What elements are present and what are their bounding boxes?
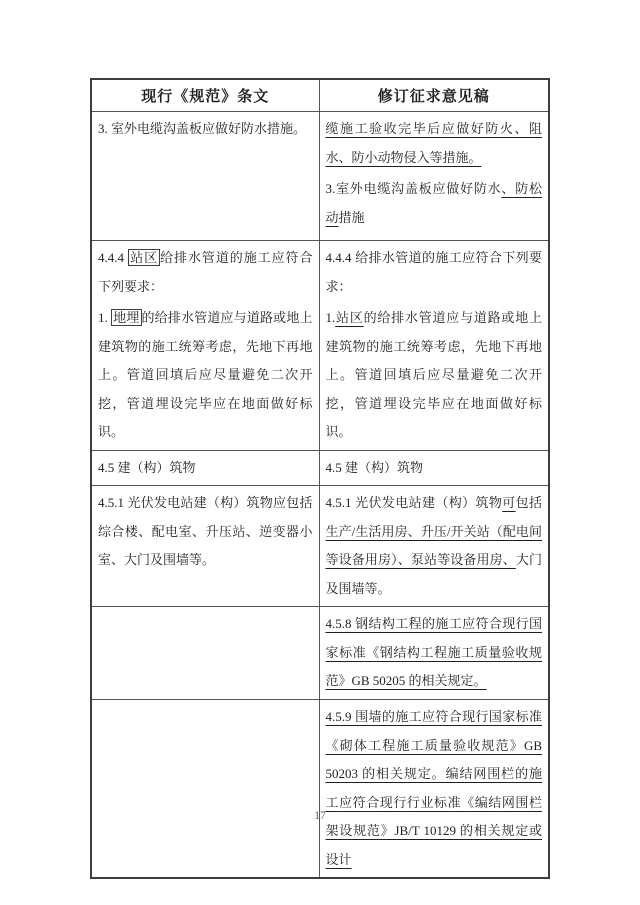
column-header-current-provisions: 现行《规范》条文 xyxy=(91,79,319,112)
paragraph: 4.5.9 围墙的施工应符合现行国家标准《砌体工程施工质量验收规范》GB 502… xyxy=(326,703,543,874)
text-segment: 的给排水管道应与道路或地上建筑物的施工统筹考虑，先地下再地上。管道回填后应尽量避… xyxy=(326,310,543,439)
cell-right-row-4: 4.5.1 光伏发电站建（构）筑物可包括生产/生活用房、升压/开关站（配电间等设… xyxy=(319,486,549,607)
text-segment: 措施 xyxy=(339,210,365,225)
table-header-row: 现行《规范》条文 修订征求意见稿 xyxy=(91,79,549,112)
paragraph: 4.5.1 光伏发电站建（构）筑物应包括综合楼、配电室、升压站、逆变器小室、大门… xyxy=(98,489,313,575)
cell-right-row-6: 4.5.9 围墙的施工应符合现行国家标准《砌体工程施工质量验收规范》GB 502… xyxy=(319,700,549,879)
paragraph: 3.室外电缆沟盖板应做好防水、防松动措施 xyxy=(326,175,543,232)
table-row: 4.5 建（构）筑物4.5 建（构）筑物 xyxy=(91,450,549,486)
paragraph: 4.5 建（构）筑物 xyxy=(98,454,313,483)
table-row: 4.5.8 钢结构工程的施工应符合现行国家标准《钢结构工程施工质量验收规范》GB… xyxy=(91,607,549,700)
text-segment: 1. xyxy=(326,310,336,325)
paragraph: 4.4.4 站区给排水管道的施工应符合下列要求： xyxy=(98,244,313,301)
table-row: 3. 室外电缆沟盖板应做好防水措施。缆施工验收完毕后应做好防火、阻水、防小动物侵… xyxy=(91,112,549,241)
boxed-term: 站区 xyxy=(128,249,160,266)
revision-underlined-text: 缆施工验收完毕后应做好防火、阻水、防小动物侵入等措施。 xyxy=(326,121,543,165)
revision-underlined-text: 可 xyxy=(502,495,515,510)
paragraph: 4.5 建（构）筑物 xyxy=(326,454,543,483)
text-segment: 4.5.1 光伏发电站建（构）筑物应包括综合楼、配电室、升压站、逆变器小室、大门… xyxy=(98,495,313,567)
cell-left-row-1: 3. 室外电缆沟盖板应做好防水措施。 xyxy=(91,112,319,241)
text-segment: 4.5.1 光伏发电站建（构）筑物 xyxy=(326,495,503,510)
text-segment: 4.4.4 xyxy=(98,250,128,265)
cell-left-row-3: 4.5 建（构）筑物 xyxy=(91,450,319,486)
paragraph: 4.4.4 给排水管道的施工应符合下列要求： xyxy=(326,244,543,301)
cell-right-row-5: 4.5.8 钢结构工程的施工应符合现行国家标准《钢结构工程施工质量验收规范》GB… xyxy=(319,607,549,700)
cell-right-row-1: 缆施工验收完毕后应做好防火、阻水、防小动物侵入等措施。3.室外电缆沟盖板应做好防… xyxy=(319,112,549,241)
revision-underlined-text: 4.5.8 钢结构工程的施工应符合现行国家标准《钢结构工程施工质量验收规范》GB… xyxy=(326,616,543,688)
cell-left-row-4: 4.5.1 光伏发电站建（构）筑物应包括综合楼、配电室、升压站、逆变器小室、大门… xyxy=(91,486,319,607)
paragraph: 1.站区的给排水管道应与道路或地上建筑物的施工统筹考虑，先地下再地上。管道回填后… xyxy=(326,304,543,447)
cell-left-row-2: 4.4.4 站区给排水管道的施工应符合下列要求：1. 地埋的给排水管道应与道路或… xyxy=(91,241,319,451)
text-segment: 的给排水管道应与道路或地上建筑物的施工统筹考虑，先地下再地上。管道回填后应尽量避… xyxy=(98,310,313,439)
table-row: 4.5.1 光伏发电站建（构）筑物应包括综合楼、配电室、升压站、逆变器小室、大门… xyxy=(91,486,549,607)
cell-left-row-5 xyxy=(91,607,319,700)
cell-right-row-2: 4.4.4 给排水管道的施工应符合下列要求：1.站区的给排水管道应与道路或地上建… xyxy=(319,241,549,451)
paragraph: 4.5.8 钢结构工程的施工应符合现行国家标准《钢结构工程施工质量验收规范》GB… xyxy=(326,610,543,696)
text-segment: 4.5 建（构）筑物 xyxy=(98,460,196,475)
text-segment: 3.室外电缆沟盖板应做好防水 xyxy=(326,181,502,196)
table-row: 4.5.9 围墙的施工应符合现行国家标准《砌体工程施工质量验收规范》GB 502… xyxy=(91,700,549,879)
page-number: 17 xyxy=(0,810,640,822)
paragraph: 3. 室外电缆沟盖板应做好防水措施。 xyxy=(98,115,313,144)
table-row: 4.4.4 站区给排水管道的施工应符合下列要求：1. 地埋的给排水管道应与道路或… xyxy=(91,241,549,451)
revision-comparison-table: 现行《规范》条文 修订征求意见稿 3. 室外电缆沟盖板应做好防水措施。缆施工验收… xyxy=(90,78,550,879)
revision-underlined-text: 站区 xyxy=(335,310,363,325)
paragraph: 缆施工验收完毕后应做好防火、阻水、防小动物侵入等措施。 xyxy=(326,115,543,172)
paragraph: 4.5.1 光伏发电站建（构）筑物可包括生产/生活用房、升压/开关站（配电间等设… xyxy=(326,489,543,603)
revision-underlined-text: 4.5.9 围墙的施工应符合现行国家标准《砌体工程施工质量验收规范》GB 502… xyxy=(326,709,543,867)
paragraph: 1. 地埋的给排水管道应与道路或地上建筑物的施工统筹考虑，先地下再地上。管道回填… xyxy=(98,304,313,447)
cell-left-row-6 xyxy=(91,700,319,879)
revision-underlined-text: 生产/生活用房、升压/开关站（配电间等设备用房）、泵站等设备用房、 xyxy=(326,524,543,568)
text-segment: 包括 xyxy=(516,495,542,510)
cell-right-row-3: 4.5 建（构）筑物 xyxy=(319,450,549,486)
text-segment: 1. xyxy=(98,310,111,325)
text-segment: 4.4.4 给排水管道的施工应符合下列要求： xyxy=(326,250,543,294)
text-segment: 4.5 建（构）筑物 xyxy=(326,460,424,475)
document-page: 现行《规范》条文 修订征求意见稿 3. 室外电缆沟盖板应做好防水措施。缆施工验收… xyxy=(0,0,640,905)
text-segment: 3. 室外电缆沟盖板应做好防水措施。 xyxy=(98,121,306,136)
boxed-term: 地埋 xyxy=(111,309,141,326)
column-header-revised-draft: 修订征求意见稿 xyxy=(319,79,549,112)
